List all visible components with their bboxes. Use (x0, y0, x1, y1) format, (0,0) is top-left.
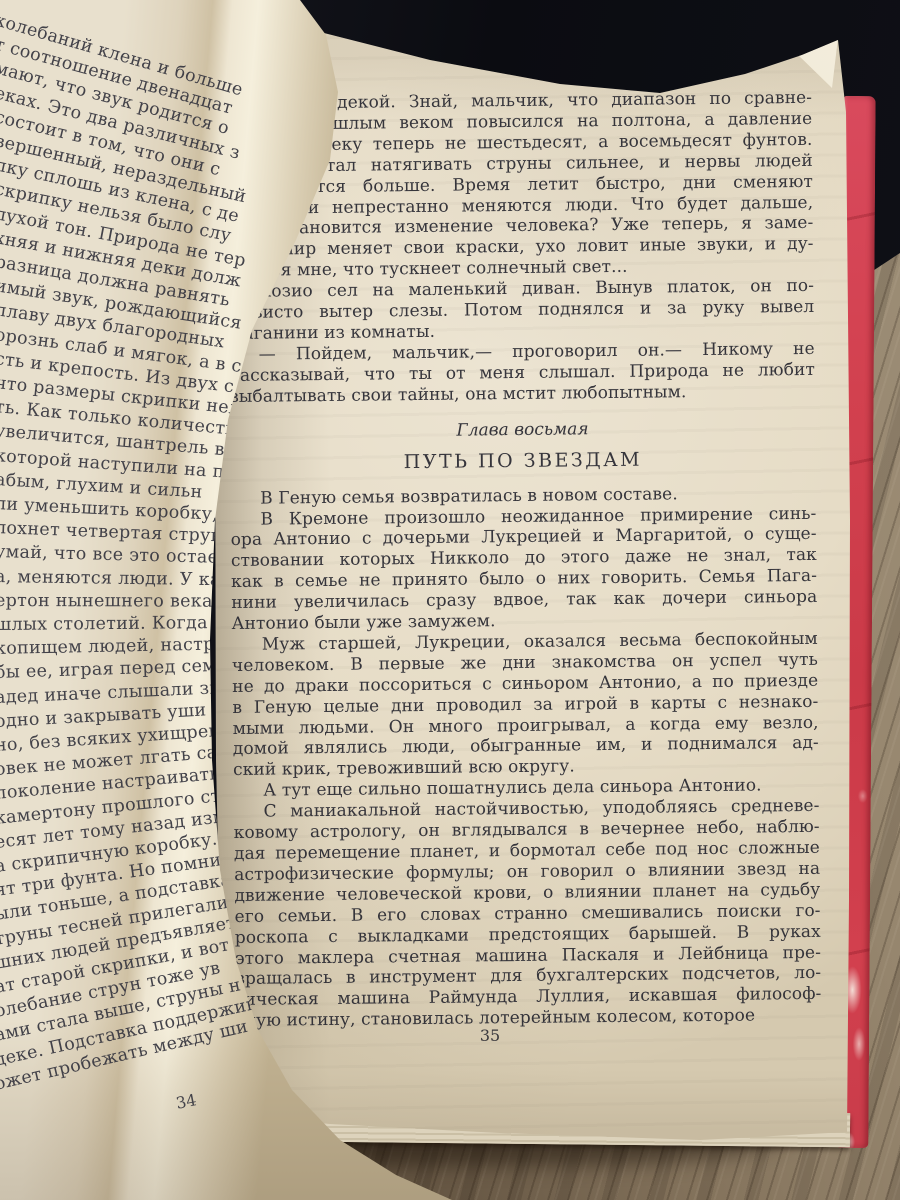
left-page-line: копищем людей, настраив (0, 634, 248, 659)
left-page-line: ертон нынешнего века зву (0, 591, 249, 612)
left-page-line: умай, что все это остаетс (0, 542, 239, 568)
left-page-line: а, меняются люди. У каж (0, 567, 237, 590)
right-page-text: и верхней декой. Знай, мальчик, что диап… (226, 88, 822, 1032)
chapter-subtitle: Глава восьмая (229, 416, 815, 443)
left-page-number: 34 (174, 1090, 198, 1113)
left-page-line: шлых столетий. Когда бу (0, 613, 235, 635)
book-photo-scene: и верхней декой. Знай, мальчик, что диап… (0, 0, 900, 1200)
right-page-number: 35 (420, 1026, 560, 1045)
chapter-title: ПУТЬ ПО ЗВЕЗДАМ (230, 445, 816, 475)
